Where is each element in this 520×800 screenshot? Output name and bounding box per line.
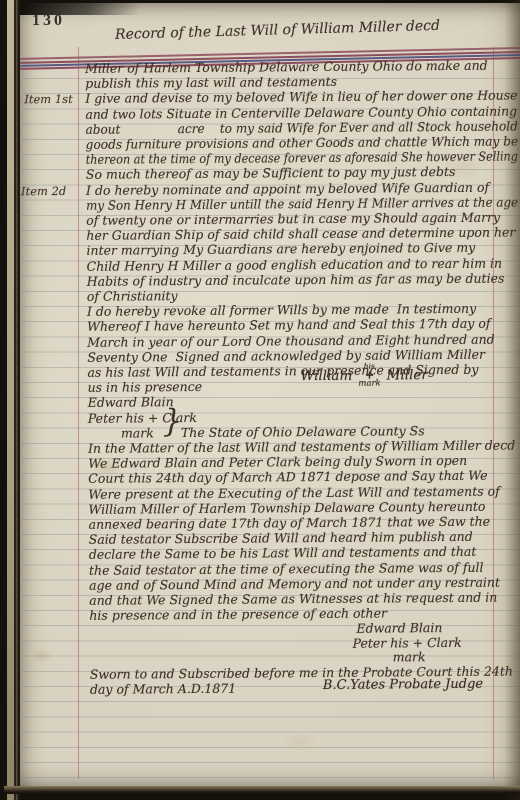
text-line: us in his presence [88,380,203,395]
text-line: So much thereof as may be Sufficient to … [86,165,456,182]
text-line: Edward Blain [356,621,442,636]
book-bottom-edge [4,786,520,794]
right-edge-shading [504,0,520,800]
mark-label: mark [358,379,380,388]
text-line: his presence and in the presence of each… [89,606,387,622]
margin-note-item-2d: Item 2d [21,184,66,198]
text-line: of Christianity [87,289,178,304]
scanned-will-record-page: { "page": { "number": "130", "title": "R… [0,0,520,800]
text-line: mark [121,426,154,440]
text-line: Habits of industry and inculcate upon hi… [87,272,505,289]
probate-judge-signature: B.C.Yates Probate Judge [323,677,483,693]
his-mark-cross: his + mark [358,362,381,387]
brace-icon: } [163,403,182,440]
state-county-heading: The State of Ohio Delaware County Ss [181,423,425,440]
margin-note-item-1st: Item 1st [24,92,72,106]
testator-last-name: Miller [387,367,428,383]
text-line: mark [393,650,426,664]
testator-signature: William his + mark Miller [300,362,428,388]
text-line: day of March A.D.1871 [90,682,236,697]
handwritten-text-layer: Miller of Harlem Township Delaware Count… [0,0,520,800]
text-line: Edward Blain [88,395,174,410]
testator-first-name: William [300,367,352,383]
